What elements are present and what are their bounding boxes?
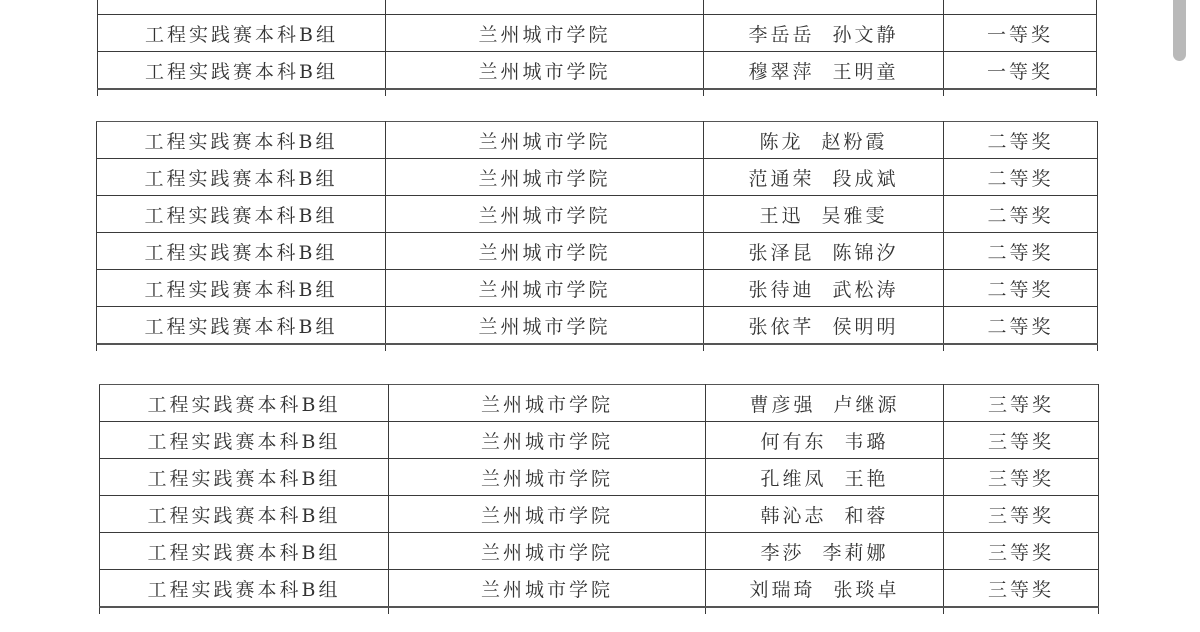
table-row: 工程实践赛本科B组 兰州城市学院 韩沁志 和蓉 三等奖	[100, 496, 1099, 533]
award-cell: 三等奖	[944, 496, 1099, 533]
school-cell: 兰州城市学院	[386, 159, 704, 196]
table-row: 工程实践赛本科B组 兰州城市学院 何有东 韦璐 三等奖	[100, 422, 1099, 459]
members-cell: 何有东 韦璐	[706, 422, 944, 459]
award-cell: 一等奖	[944, 52, 1097, 90]
award-cell: 三等奖	[944, 533, 1099, 570]
award-cell: 三等奖	[944, 385, 1099, 422]
table-row: 工程实践赛本科B组 兰州城市学院 曹彦强 卢继源 三等奖	[100, 385, 1099, 422]
award-cell: 三等奖	[944, 570, 1099, 608]
category-cell: 工程实践赛本科B组	[100, 459, 389, 496]
school-cell: 兰州城市学院	[389, 496, 706, 533]
award-cell: 一等奖	[944, 15, 1097, 52]
members-cell: 张待迪 武松涛	[704, 270, 944, 307]
table-row: 工程实践赛本科B组 兰州城市学院 张待迪 武松涛 二等奖	[97, 270, 1098, 307]
category-cell: 工程实践赛本科B组	[100, 385, 389, 422]
table-row: 工程实践赛本科B组 兰州城市学院 刘瑞琦 张琰卓 三等奖	[100, 570, 1099, 608]
award-cell: 二等奖	[944, 233, 1098, 270]
table-row: 工程实践赛本科B组 兰州城市学院 李岳岳 孙文静 一等奖	[98, 15, 1097, 52]
category-cell: 工程实践赛本科B组	[97, 196, 386, 233]
category-cell: 工程实践赛本科B组	[100, 533, 389, 570]
table-row: 工程实践赛本科B组 兰州城市学院 李莎 李莉娜 三等奖	[100, 533, 1099, 570]
school-cell: 兰州城市学院	[389, 570, 706, 608]
school-cell: 兰州城市学院	[386, 15, 704, 52]
category-cell: 工程实践赛本科B组	[97, 233, 386, 270]
school-cell: 兰州城市学院	[386, 270, 704, 307]
members-cell: 孔维凤 王艳	[706, 459, 944, 496]
school-cell: 兰州城市学院	[386, 122, 704, 159]
members-cell: 陈龙 赵粉霞	[704, 122, 944, 159]
vertical-scrollbar-thumb[interactable]	[1173, 0, 1186, 61]
award-table-first-prize: 工程实践赛本科B组 兰州城市学院 李岳岳 孙文静 一等奖 工程实践赛本科B组 兰…	[97, 0, 1097, 96]
school-cell: 兰州城市学院	[389, 422, 706, 459]
members-cell: 刘瑞琦 张琰卓	[706, 570, 944, 608]
school-cell: 兰州城市学院	[386, 307, 704, 345]
award-cell: 三等奖	[944, 422, 1099, 459]
category-cell: 工程实践赛本科B组	[100, 496, 389, 533]
category-cell: 工程实践赛本科B组	[97, 307, 386, 345]
school-cell: 兰州城市学院	[389, 459, 706, 496]
category-cell: 工程实践赛本科B组	[100, 422, 389, 459]
table-row: 工程实践赛本科B组 兰州城市学院 张依芊 侯明明 二等奖	[97, 307, 1098, 345]
award-cell: 二等奖	[944, 196, 1098, 233]
category-cell: 工程实践赛本科B组	[97, 159, 386, 196]
table-bottom-stub	[100, 607, 1099, 614]
school-cell: 兰州城市学院	[389, 533, 706, 570]
category-cell: 工程实践赛本科B组	[98, 15, 386, 52]
members-cell: 范通荣 段成斌	[704, 159, 944, 196]
members-cell: 李岳岳 孙文静	[704, 15, 944, 52]
award-cell: 二等奖	[944, 270, 1098, 307]
table-row: 工程实践赛本科B组 兰州城市学院 陈龙 赵粉霞 二等奖	[97, 122, 1098, 159]
table-row: 工程实践赛本科B组 兰州城市学院 张泽昆 陈锦汐 二等奖	[97, 233, 1098, 270]
category-cell: 工程实践赛本科B组	[97, 270, 386, 307]
table-row: 工程实践赛本科B组 兰州城市学院 范通荣 段成斌 二等奖	[97, 159, 1098, 196]
award-table-third-prize: 工程实践赛本科B组 兰州城市学院 曹彦强 卢继源 三等奖 工程实践赛本科B组 兰…	[99, 384, 1099, 614]
school-cell: 兰州城市学院	[386, 233, 704, 270]
members-cell: 穆翠萍 王明童	[704, 52, 944, 90]
table-top-stub	[98, 0, 1097, 15]
members-cell: 曹彦强 卢继源	[706, 385, 944, 422]
members-cell: 王迅 吴雅雯	[704, 196, 944, 233]
table-row: 工程实践赛本科B组 兰州城市学院 孔维凤 王艳 三等奖	[100, 459, 1099, 496]
table-bottom-stub	[98, 89, 1097, 96]
school-cell: 兰州城市学院	[386, 52, 704, 90]
award-cell: 二等奖	[944, 159, 1098, 196]
table-row: 工程实践赛本科B组 兰州城市学院 穆翠萍 王明童 一等奖	[98, 52, 1097, 90]
school-cell: 兰州城市学院	[386, 196, 704, 233]
school-cell: 兰州城市学院	[389, 385, 706, 422]
members-cell: 张依芊 侯明明	[704, 307, 944, 345]
award-cell: 二等奖	[944, 122, 1098, 159]
award-table-second-prize: 工程实践赛本科B组 兰州城市学院 陈龙 赵粉霞 二等奖 工程实践赛本科B组 兰州…	[96, 121, 1098, 351]
category-cell: 工程实践赛本科B组	[97, 122, 386, 159]
members-cell: 韩沁志 和蓉	[706, 496, 944, 533]
category-cell: 工程实践赛本科B组	[98, 52, 386, 90]
table-bottom-stub	[97, 344, 1098, 351]
category-cell: 工程实践赛本科B组	[100, 570, 389, 608]
members-cell: 李莎 李莉娜	[706, 533, 944, 570]
members-cell: 张泽昆 陈锦汐	[704, 233, 944, 270]
award-cell: 二等奖	[944, 307, 1098, 345]
award-cell: 三等奖	[944, 459, 1099, 496]
table-row: 工程实践赛本科B组 兰州城市学院 王迅 吴雅雯 二等奖	[97, 196, 1098, 233]
